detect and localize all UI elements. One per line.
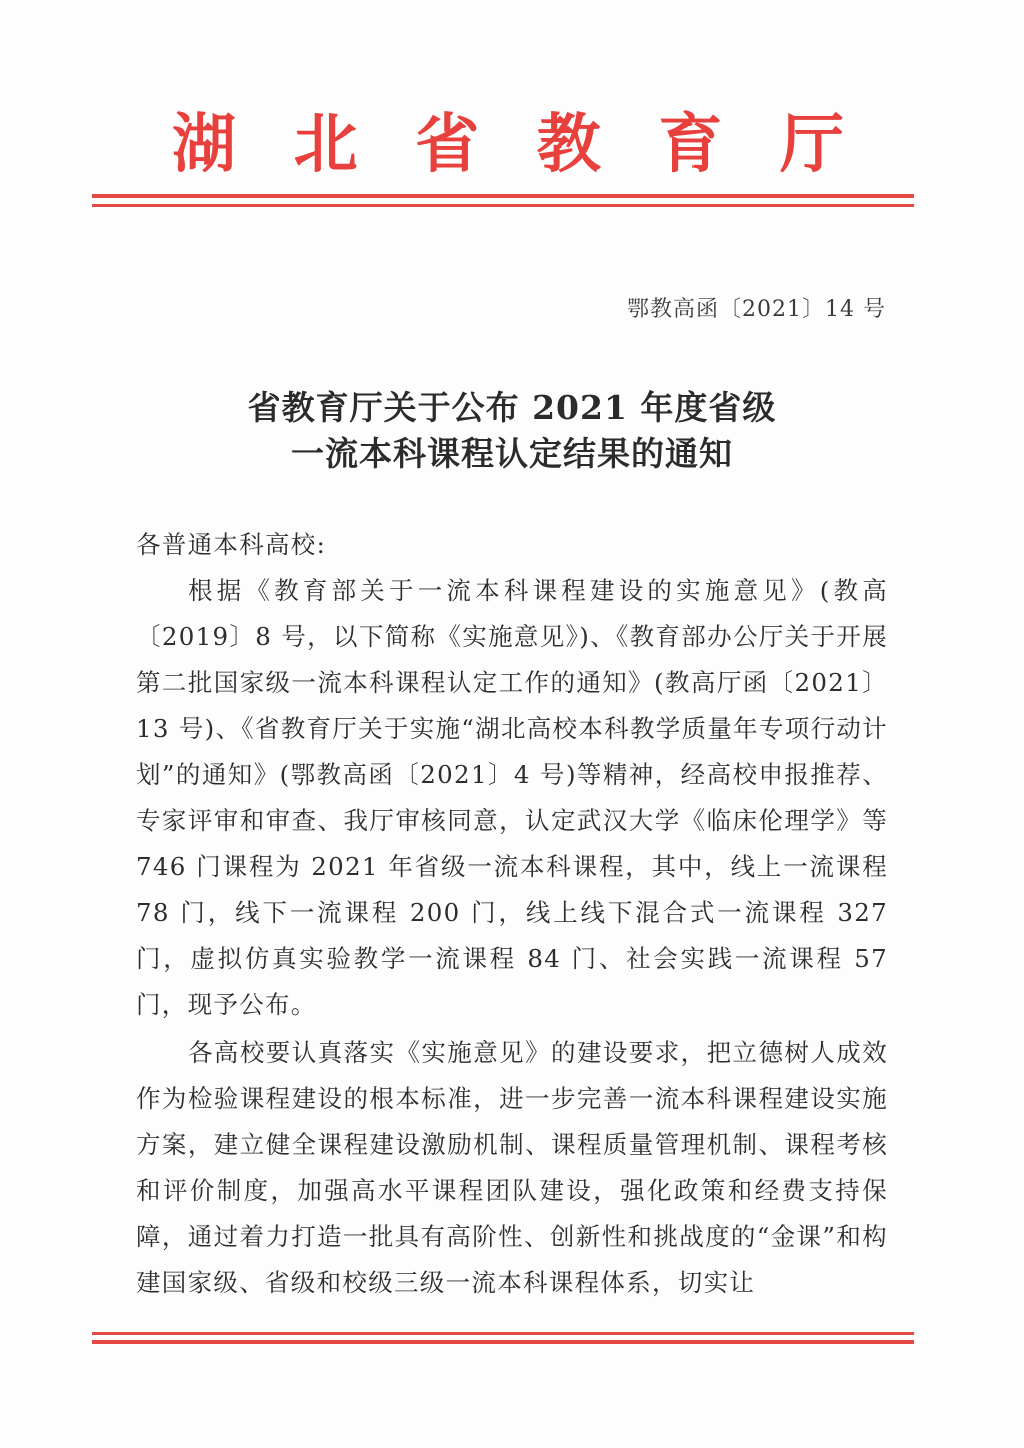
body-paragraph-2: 各高校要认真落实《实施意见》的建设要求，把立德树人成效作为检验课程建设的根本标准… bbox=[136, 1030, 888, 1306]
letterhead-char: 北 bbox=[294, 113, 358, 177]
letterhead-char: 育 bbox=[658, 113, 722, 177]
body-paragraph-1: 根据《教育部关于一流本科课程建设的实施意见》(教高〔2019〕8 号，以下简称《… bbox=[136, 568, 888, 1028]
document-title-line-1: 省教育厅关于公布 2021 年度省级 bbox=[0, 382, 1024, 429]
document-page: 湖 北 省 教 育 厅 鄂教高函〔2021〕14 号 省教育厅关于公布 2021… bbox=[0, 0, 1024, 1448]
letterhead-char: 省 bbox=[415, 113, 479, 177]
letterhead-rule-thick bbox=[92, 194, 914, 198]
document-number: 鄂教高函〔2021〕14 号 bbox=[627, 292, 886, 323]
letterhead-char: 湖 bbox=[172, 113, 236, 177]
letterhead-char: 教 bbox=[537, 113, 601, 177]
letterhead-char: 厅 bbox=[780, 113, 844, 177]
footer-rule-thick bbox=[92, 1340, 914, 1344]
footer-rule-thin bbox=[92, 1332, 914, 1335]
salutation: 各普通本科高校: bbox=[136, 522, 888, 568]
document-title-line-2: 一流本科课程认定结果的通知 bbox=[0, 428, 1024, 475]
letterhead-rule-thin bbox=[92, 204, 914, 207]
letterhead-title: 湖 北 省 教 育 厅 bbox=[90, 100, 914, 190]
